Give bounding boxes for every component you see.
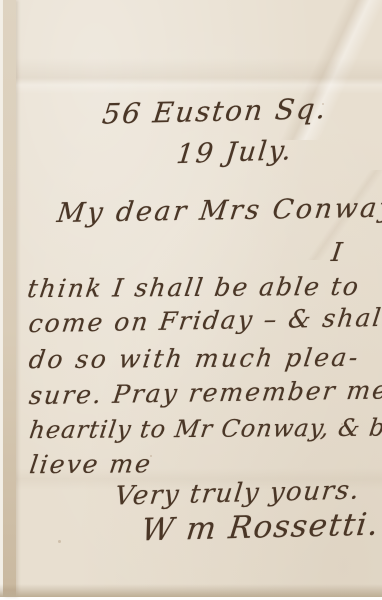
body-line: do so with much plea- <box>28 345 362 372</box>
signature-line: W m Rossetti. <box>140 510 381 547</box>
letter-scan: 56 Euston Sq. 19 July. My dear Mrs Conwa… <box>0 0 382 600</box>
body-line: come on Friday – & shall <box>27 305 382 336</box>
letter-handwriting: 56 Euston Sq. 19 July. My dear Mrs Conwa… <box>0 0 382 598</box>
body-line: lieve me <box>28 451 153 477</box>
body-line: sure. Pray remember me <box>28 377 382 408</box>
body-line: heartily to Mr Conway, & be- <box>28 415 382 442</box>
address-line: 56 Euston Sq. <box>101 95 329 129</box>
body-line: I <box>330 240 344 266</box>
body-line: think I shall be able to <box>26 274 362 301</box>
closing-line: Very truly yours. <box>113 478 361 510</box>
salutation-line: My dear Mrs Conway, <box>55 194 382 226</box>
date-line: 19 July. <box>175 137 294 168</box>
